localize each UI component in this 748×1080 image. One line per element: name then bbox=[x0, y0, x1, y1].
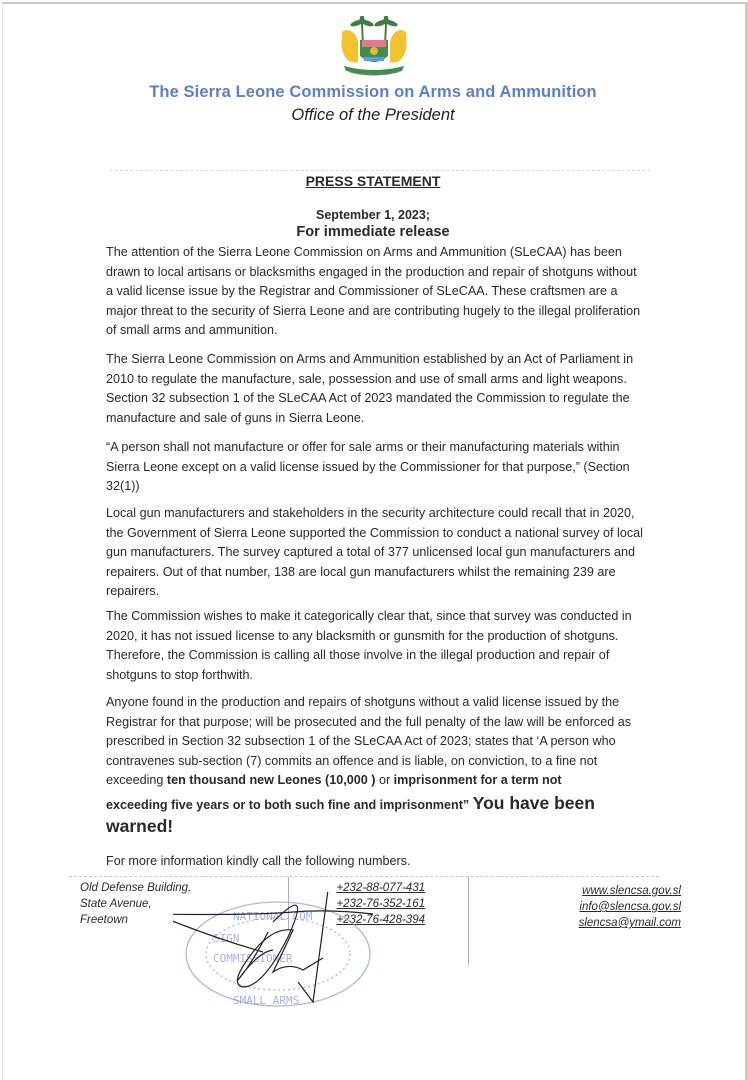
release-label: For immediate release bbox=[3, 224, 743, 240]
stamp-text: SIGN bbox=[213, 932, 240, 945]
phone-number[interactable]: +232-76-428-394 bbox=[323, 912, 425, 928]
penalty-tail: exceeding five years or to both such fin… bbox=[106, 790, 666, 818]
more-info-text: For more information kindly call the fol… bbox=[106, 854, 410, 868]
website-link[interactable]: www.slencsa.gov.sl bbox=[563, 883, 681, 899]
statement-date: September 1, 2023; bbox=[3, 208, 743, 222]
paragraph-survey: Local gun manufacturers and stakeholders… bbox=[106, 504, 646, 602]
address-line: State Avenue, bbox=[80, 896, 191, 912]
footer-phones: +232-88-077-431 +232-76-352-161 +232-76-… bbox=[323, 880, 425, 928]
penalty-fine: ten thousand new Leones (10,000 ) bbox=[167, 773, 376, 787]
footer-address: Old Defense Building, State Avenue, Free… bbox=[80, 880, 191, 928]
penalty-or: or bbox=[375, 773, 393, 787]
organization-name: The Sierra Leone Commission on Arms and … bbox=[3, 83, 743, 102]
phone-number[interactable]: +232-88-077-431 bbox=[323, 880, 425, 896]
stamp-text: COMMISSIONER bbox=[213, 952, 293, 965]
email-link[interactable]: info@slencsa.gov.sl bbox=[563, 899, 681, 915]
footer-column-divider bbox=[288, 877, 289, 929]
document-title: PRESS STATEMENT bbox=[3, 173, 743, 189]
email-link[interactable]: slencsa@ymail.com bbox=[563, 915, 681, 931]
phone-number[interactable]: +232-76-352-161 bbox=[323, 896, 425, 912]
coat-of-arms-icon bbox=[336, 16, 412, 78]
office-subtitle: Office of the President bbox=[3, 106, 743, 125]
paragraph-mandate: The Sierra Leone Commission on Arms and … bbox=[106, 350, 646, 428]
press-statement-page: The Sierra Leone Commission on Arms and … bbox=[2, 2, 748, 1080]
stamp-text: SMALL ARMS bbox=[233, 994, 299, 1007]
paragraph-quote: “A person shall not manufacture or offer… bbox=[106, 438, 646, 497]
paragraph-no-license: The Commission wishes to make it categor… bbox=[106, 607, 646, 685]
warning-text: You have been bbox=[473, 793, 595, 813]
paragraph-intro: The attention of the Sierra Leone Commis… bbox=[106, 243, 646, 341]
paragraph-penalty: Anyone found in the production and repai… bbox=[106, 693, 646, 791]
footer-web-contacts: www.slencsa.gov.sl info@slencsa.gov.sl s… bbox=[563, 883, 681, 931]
warning-text-end: warned! bbox=[106, 816, 173, 837]
header-divider bbox=[110, 170, 650, 171]
address-line: Freetown bbox=[80, 912, 191, 928]
footer-divider bbox=[69, 876, 659, 877]
penalty-prison: imprisonment for a term not bbox=[394, 773, 562, 787]
penalty-tail-text: exceeding five years or to both such fin… bbox=[106, 798, 469, 812]
footer-column-divider bbox=[468, 877, 469, 965]
address-line: Old Defense Building, bbox=[80, 880, 191, 896]
stamp-text: NATIONAL COM bbox=[233, 910, 313, 923]
